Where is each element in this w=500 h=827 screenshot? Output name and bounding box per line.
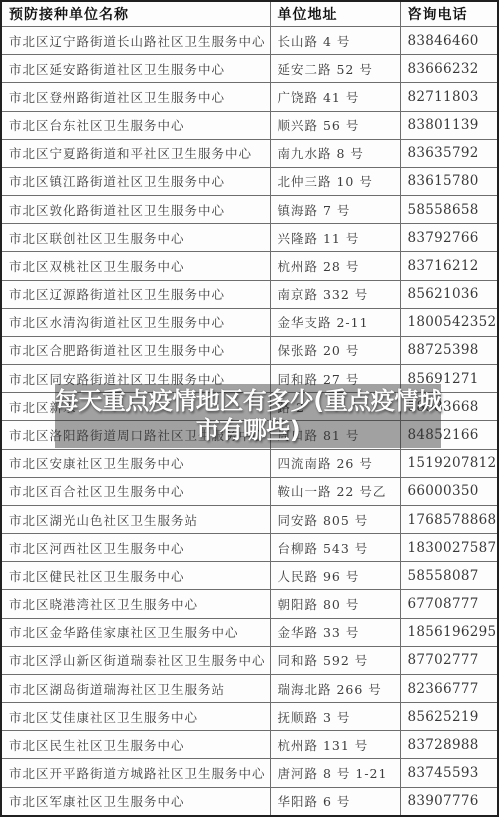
table-row: 市北区水清沟街道社区卫生服务中心金华支路 2-1118005423528 [1,308,498,336]
unit-name-cell: 市北区合肥路街道社区卫生服务中心 [1,336,270,364]
unit-name-cell: 市北区健民社区卫生服务中心 [1,562,270,590]
unit-address-cell: 四流南路 26 号 [270,449,400,477]
table-row: 市北区辽源路街道社区卫生服务中心南京路 332 号85621036 [1,280,498,308]
phone-cell: 85621036 [400,280,498,308]
unit-address-cell: 长山路 4 号 [270,27,400,55]
phone-cell: 18561962956 [400,618,498,646]
unit-name-cell: 市北区浮山新区街道瑞泰社区卫生服务中心 [1,646,270,674]
unit-address-cell: 同和路 592 号 [270,646,400,674]
table-row: 市北区金华路佳家康社区卫生服务中心金华路 33 号18561962956 [1,618,498,646]
table-row: 市北区联创社区卫生服务中心兴隆路 11 号83792766 [1,224,498,252]
phone-cell: 83615780 [400,167,498,195]
table-row: 市北区辽宁路街道长山路社区卫生服务中心长山路 4 号83846460 [1,27,498,55]
table-row: 市北区湖光山色社区卫生服务站同安路 805 号17685788683 [1,505,498,533]
unit-address-cell: 北仲三路 10 号 [270,167,400,195]
phone-cell: 83728988 [400,731,498,759]
phone-cell: 82711803 [400,83,498,111]
unit-address-cell: 金华路 33 号 [270,618,400,646]
table-row: 市北区百合社区卫生服务中心鞍山一路 22 号乙66000350 [1,477,498,505]
table-row: 市北区开平路街道方城路社区卫生服务中心唐河路 8 号 1-2183745593 [1,759,498,787]
unit-name-cell: 市北区湖岛街道瑞海社区卫生服务站 [1,674,270,702]
unit-name-cell: 市北区延安路街道社区卫生服务中心 [1,55,270,83]
phone-cell: 66000350 [400,477,498,505]
unit-address-cell: 抚顺路 3 号 [270,703,400,731]
table-row: 市北区镇江路街道社区卫生服务中心北仲三路 10 号83615780 [1,167,498,195]
table-row: 市北区延安路街道社区卫生服务中心延安二路 52 号83666232 [1,55,498,83]
table-row: 市北区台东社区卫生服务中心顺兴路 56 号83801139 [1,111,498,139]
phone-cell: 88725398 [400,336,498,364]
unit-address-cell: 瑞海北路 266 号 [270,674,400,702]
unit-address-cell: 镇海路 7 号 [270,196,400,224]
watermark-title-overlay: 每天重点疫情地区有多少(重点疫情城 市有哪些) [55,384,441,448]
phone-cell: 15192078129 [400,449,498,477]
phone-cell: 83792766 [400,224,498,252]
phone-cell: 18005423528 [400,308,498,336]
phone-cell: 83846460 [400,27,498,55]
phone-cell: 82366777 [400,674,498,702]
table-row: 市北区健民社区卫生服务中心人民路 96 号58558087 [1,562,498,590]
table-row: 市北区河西社区卫生服务中心台柳路 543 号18300275870 [1,534,498,562]
unit-address-cell: 杭州路 131 号 [270,731,400,759]
phone-cell: 17685788683 [400,505,498,533]
table-row: 市北区浮山新区街道瑞泰社区卫生服务中心同和路 592 号87702777 [1,646,498,674]
phone-cell: 87702777 [400,646,498,674]
phone-cell: 85625219 [400,703,498,731]
unit-address-cell: 台柳路 543 号 [270,534,400,562]
phone-cell: 83745593 [400,759,498,787]
unit-address-cell: 唐河路 8 号 1-21 [270,759,400,787]
table-row: 市北区军康社区卫生服务中心华阳路 6 号83907776 [1,787,498,816]
unit-address-cell: 金华支路 2-11 [270,308,400,336]
unit-address-cell: 人民路 96 号 [270,562,400,590]
table-row: 市北区双桃社区卫生服务中心杭州路 28 号83716212 [1,252,498,280]
table-row: 市北区安康社区卫生服务中心四流南路 26 号15192078129 [1,449,498,477]
table-row: 市北区敦化路街道社区卫生服务中心镇海路 7 号58558658 [1,196,498,224]
unit-address-cell: 杭州路 28 号 [270,252,400,280]
watermark-title-line2: 市有哪些) [196,416,300,445]
unit-address-cell: 同安路 805 号 [270,505,400,533]
unit-name-cell: 市北区军康社区卫生服务中心 [1,787,270,816]
unit-name-cell: 市北区民生社区卫生服务中心 [1,731,270,759]
phone-cell: 83666232 [400,55,498,83]
unit-name-cell: 市北区辽源路街道社区卫生服务中心 [1,280,270,308]
table-row: 市北区民生社区卫生服务中心杭州路 131 号83728988 [1,731,498,759]
table-row: 市北区晓港湾社区卫生服务中心朝阳路 80 号67708777 [1,590,498,618]
unit-name-cell: 市北区湖光山色社区卫生服务站 [1,505,270,533]
unit-name-cell: 市北区金华路佳家康社区卫生服务中心 [1,618,270,646]
phone-cell: 58558087 [400,562,498,590]
phone-cell: 18300275870 [400,534,498,562]
unit-name-cell: 市北区安康社区卫生服务中心 [1,449,270,477]
unit-name-cell: 市北区水清沟街道社区卫生服务中心 [1,308,270,336]
unit-name-cell: 市北区开平路街道方城路社区卫生服务中心 [1,759,270,787]
phone-cell: 83907776 [400,787,498,816]
phone-cell: 83635792 [400,139,498,167]
phone-cell: 83801139 [400,111,498,139]
unit-address-cell: 延安二路 52 号 [270,55,400,83]
unit-address-cell: 顺兴路 56 号 [270,111,400,139]
unit-address-cell: 鞍山一路 22 号乙 [270,477,400,505]
unit-name-cell: 市北区双桃社区卫生服务中心 [1,252,270,280]
unit-name-cell: 市北区登州路街道社区卫生服务中心 [1,83,270,111]
unit-address-cell: 保张路 20 号 [270,336,400,364]
unit-address-cell: 朝阳路 80 号 [270,590,400,618]
unit-name-cell: 市北区艾佳康社区卫生服务中心 [1,703,270,731]
column-header-unit-name: 预防接种单位名称 [1,1,270,27]
unit-name-cell: 市北区敦化路街道社区卫生服务中心 [1,196,270,224]
table-row: 市北区艾佳康社区卫生服务中心抚顺路 3 号85625219 [1,703,498,731]
unit-name-cell: 市北区宁夏路街道和平社区卫生服务中心 [1,139,270,167]
column-header-phone: 咨询电话 [400,1,498,27]
unit-name-cell: 市北区辽宁路街道长山路社区卫生服务中心 [1,27,270,55]
unit-name-cell: 市北区百合社区卫生服务中心 [1,477,270,505]
unit-name-cell: 市北区台东社区卫生服务中心 [1,111,270,139]
watermark-title-line1: 每天重点疫情地区有多少(重点疫情城 [55,387,441,416]
unit-address-cell: 南九水路 8 号 [270,139,400,167]
unit-name-cell: 市北区联创社区卫生服务中心 [1,224,270,252]
unit-address-cell: 南京路 332 号 [270,280,400,308]
unit-address-cell: 华阳路 6 号 [270,787,400,816]
phone-cell: 83716212 [400,252,498,280]
column-header-unit-address: 单位地址 [270,1,400,27]
unit-name-cell: 市北区河西社区卫生服务中心 [1,534,270,562]
table-header-row: 预防接种单位名称 单位地址 咨询电话 [1,1,498,27]
unit-address-cell: 兴隆路 11 号 [270,224,400,252]
table-row: 市北区湖岛街道瑞海社区卫生服务站瑞海北路 266 号82366777 [1,674,498,702]
table-row: 市北区合肥路街道社区卫生服务中心保张路 20 号88725398 [1,336,498,364]
table-row: 市北区登州路街道社区卫生服务中心广饶路 41 号82711803 [1,83,498,111]
unit-name-cell: 市北区晓港湾社区卫生服务中心 [1,590,270,618]
unit-address-cell: 广饶路 41 号 [270,83,400,111]
table-row: 市北区宁夏路街道和平社区卫生服务中心南九水路 8 号83635792 [1,139,498,167]
unit-name-cell: 市北区镇江路街道社区卫生服务中心 [1,167,270,195]
phone-cell: 58558658 [400,196,498,224]
phone-cell: 67708777 [400,590,498,618]
